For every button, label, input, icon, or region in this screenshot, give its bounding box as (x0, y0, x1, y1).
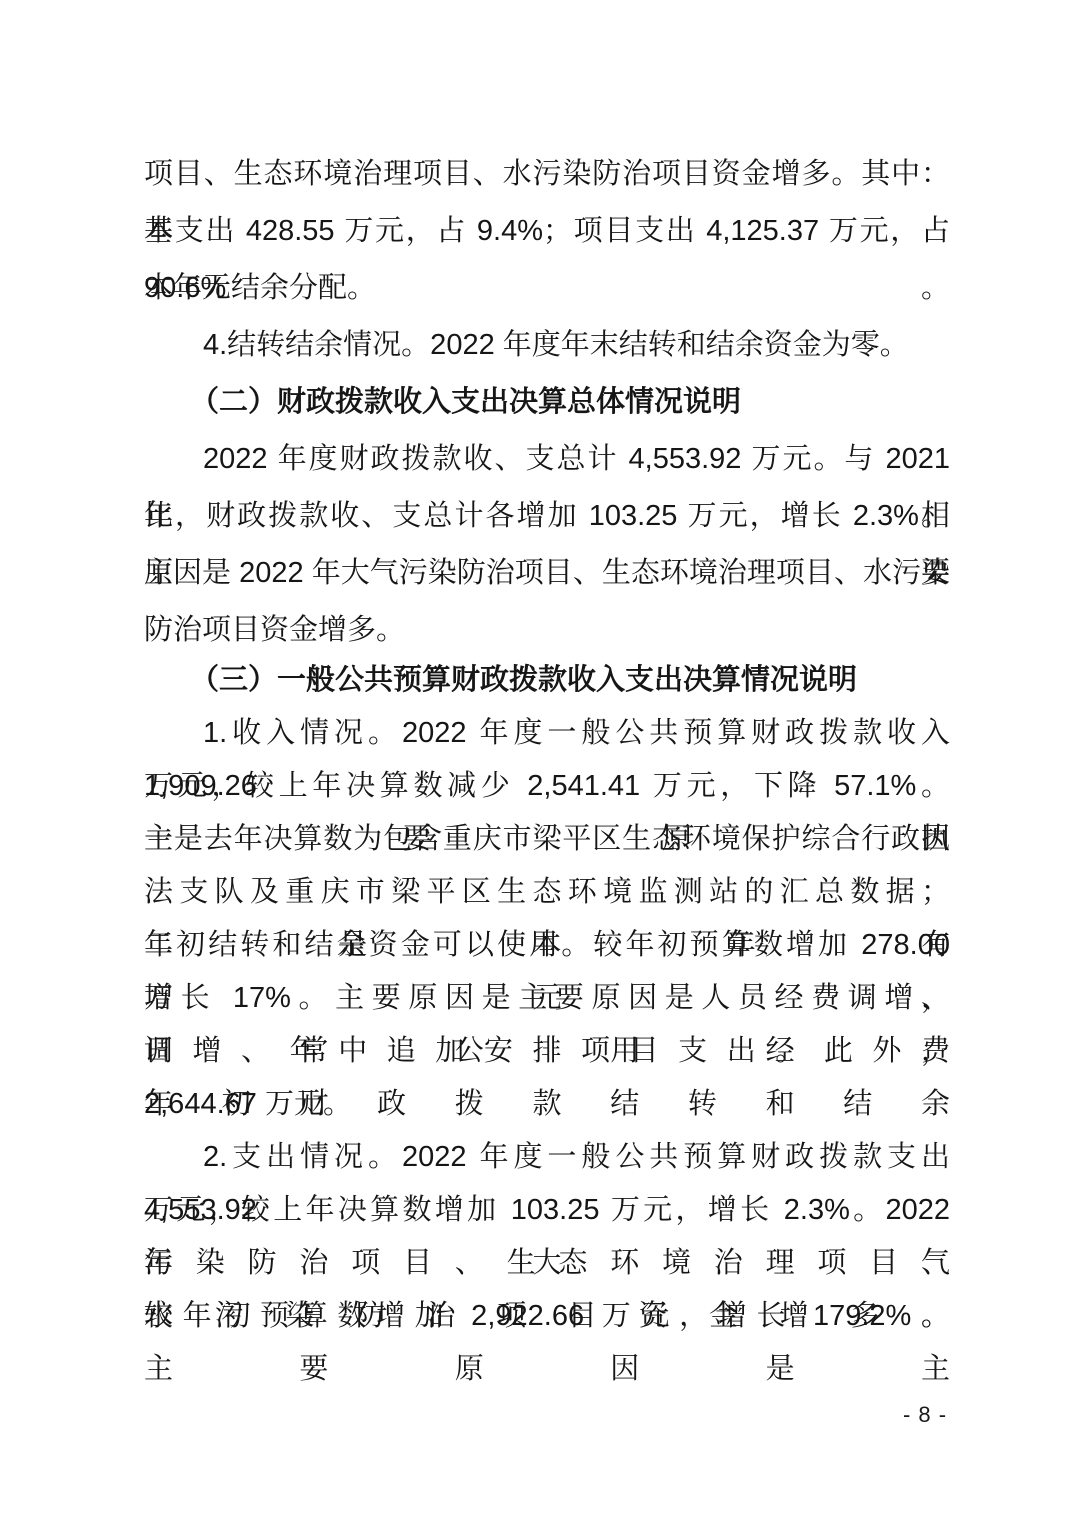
text-line: 防治项目资金增多。 (144, 602, 950, 659)
text-line: 污染防治项目、生态环境治理项目、水污染防治项目资金增多。 (144, 1237, 950, 1290)
text-line: 2.支出情况。2022 年度一般公共预算财政拨款支出 4,553.92 (144, 1131, 950, 1184)
text-line: 法支队及重庆市梁平区生态环境监测站的汇总数据；二是本年有 (144, 866, 950, 919)
text-block-lower: （三）一般公共预算财政拨款收入支出决算情况说明1.收入情况。2022 年度一般公… (144, 654, 950, 1343)
text-line: 项目、生态环境治理项目、水污染防治项目资金增多。其中：基 (144, 146, 950, 203)
text-line: 较年初预算数增加 2,922.66 万元，增长 179.2%。主要原因是主 (144, 1290, 950, 1343)
text-line: 比，财政拨款收、支总计各增加 103.25 万元，增长 2.3%。主要 (144, 488, 950, 545)
section-heading: （二）财政拨款收入支出决算总体情况说明 (144, 374, 950, 431)
text-line: 4.结转结余情况。2022 年度年末结转和结余资金为零。 (144, 317, 950, 374)
text-line: 本支出 428.55 万元，占 9.4%；项目支出 4,125.37 万元，占 … (144, 203, 950, 260)
text-line: 一是去年决算数为包含重庆市梁平区生态环境保护综合行政执 (144, 813, 950, 866)
text-line: 增长 17%。主要原因是主要原因是人员经费调增、日常公用经费 (144, 972, 950, 1025)
page-number: - 8 - (885, 1400, 965, 1430)
text-line: 2022 年度财政拨款收、支总计 4,553.92 万元。与 2021 年相 (144, 431, 950, 488)
text-line: 万元，较上年决算数减少 2,541.41 万元，下降 57.1%。主要原因 (144, 760, 950, 813)
text-line: 万元，较上年决算数增加 103.25 万元，增长 2.3%。2022 年大气 (144, 1184, 950, 1237)
text-line: 1.收入情况。2022 年度一般公共预算财政拨款收入 1,909.26 (144, 707, 950, 760)
text-line: 调增、年中追加安排项目支出。此外，年初财政拨款结转和结余 (144, 1025, 950, 1078)
text-line: 年初结转和结余资金可以使用。较年初预算数增加 278.00 万元， (144, 919, 950, 972)
text-block-upper: 项目、生态环境治理项目、水污染防治项目资金增多。其中：基本支出 428.55 万… (144, 146, 950, 659)
document-page: 项目、生态环境治理项目、水污染防治项目资金增多。其中：基本支出 428.55 万… (0, 0, 1074, 1520)
text-line: 原因是 2022 年大气污染防治项目、生态环境治理项目、水污染 (144, 545, 950, 602)
section-heading: （三）一般公共预算财政拨款收入支出决算情况说明 (144, 654, 950, 707)
